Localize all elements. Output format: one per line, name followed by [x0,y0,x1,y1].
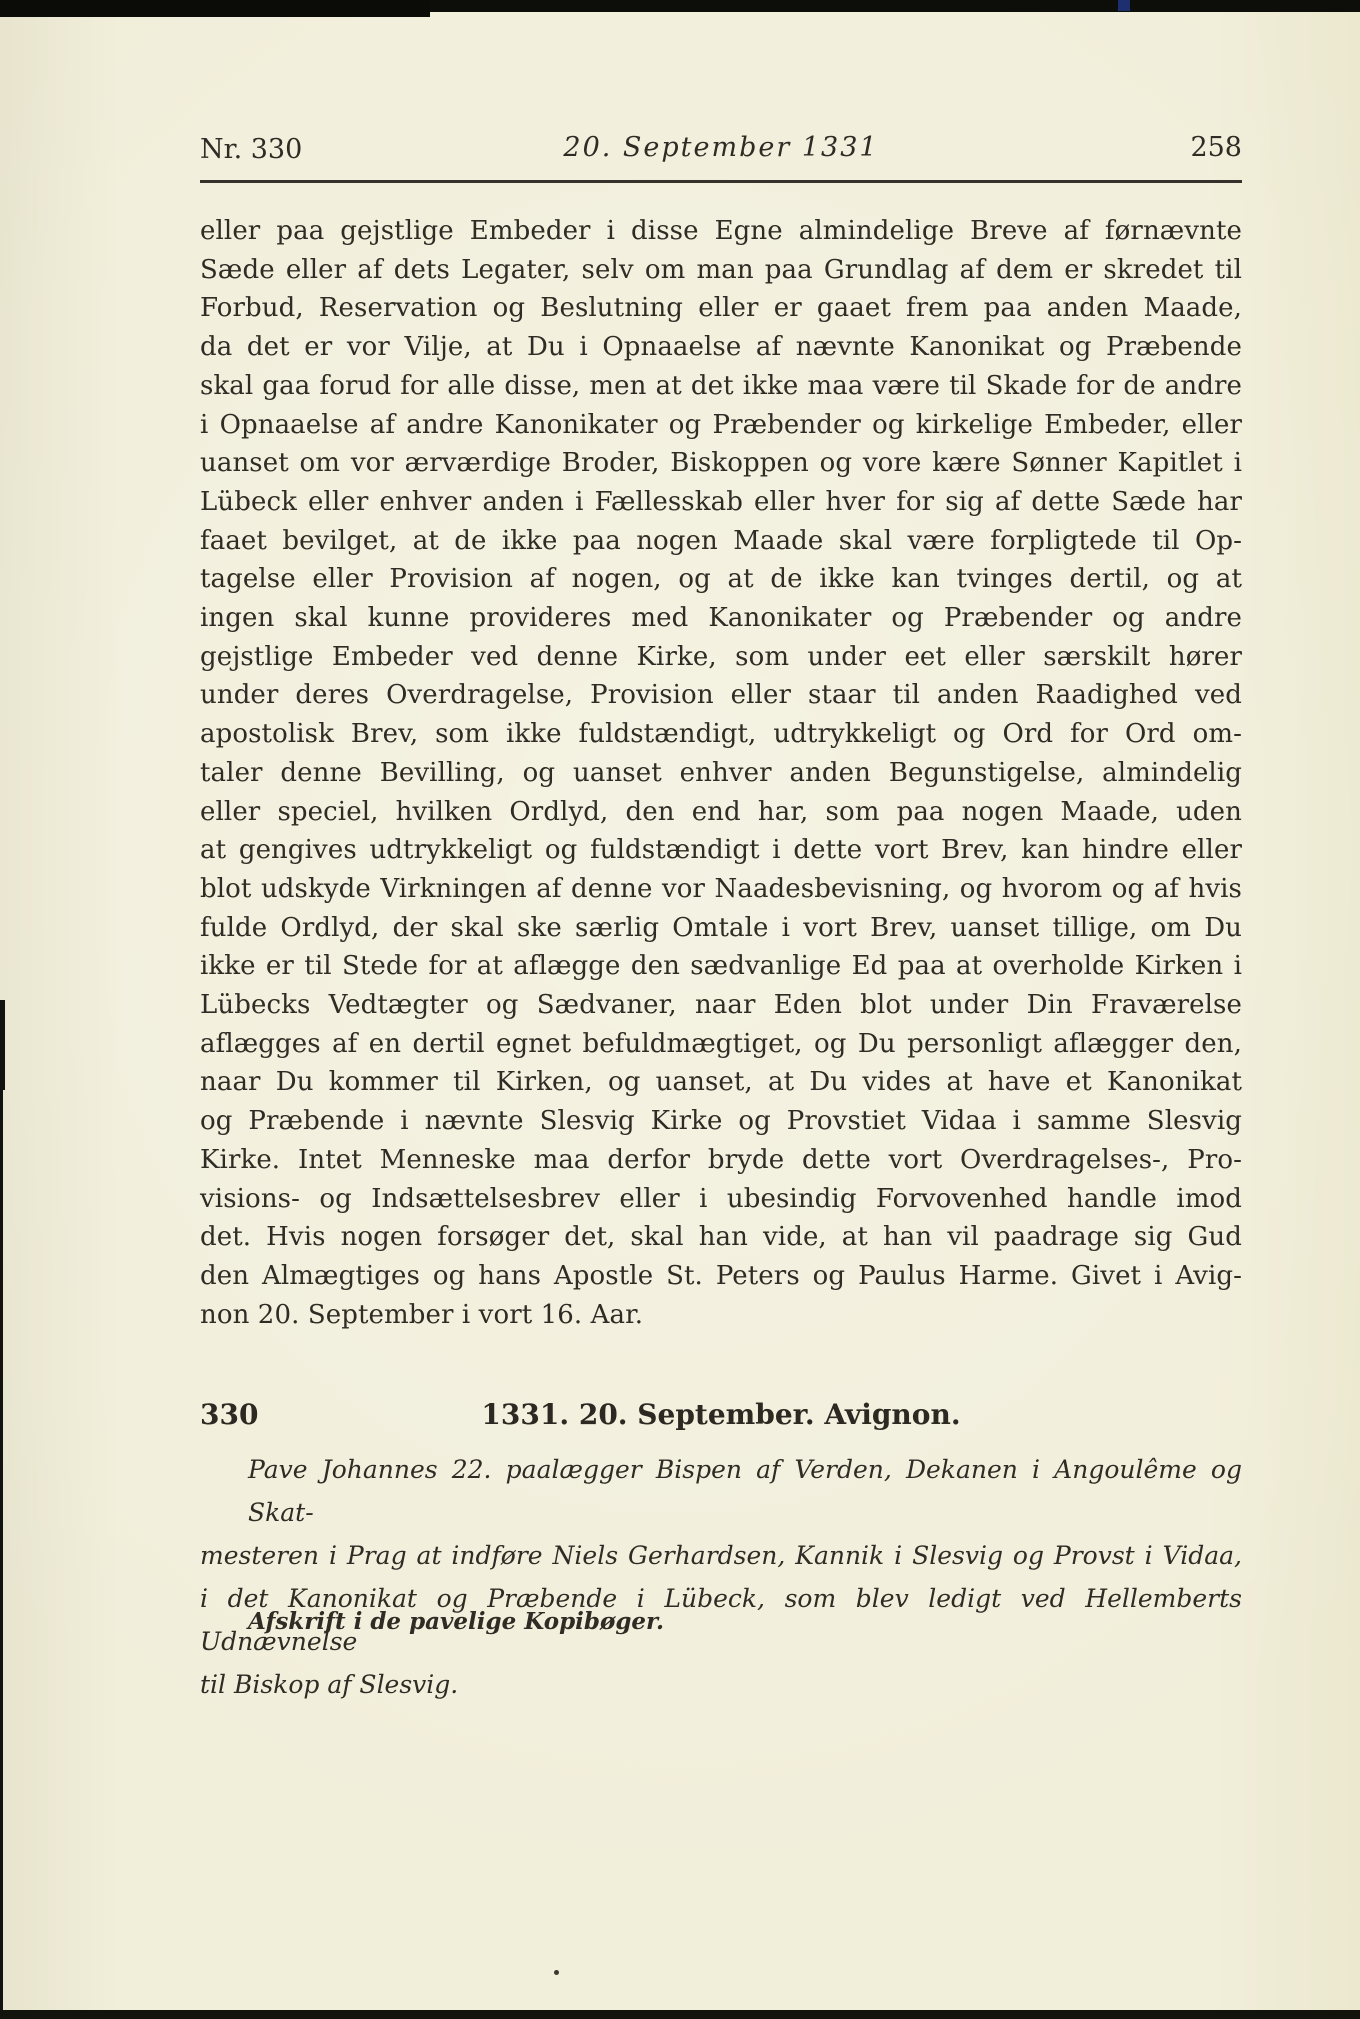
text-line: taler denne Bevilling, og uanset enhver … [200,754,1242,793]
text-line: naar Du kommer til Kirken, og uanset, at… [200,1063,1242,1102]
text-line: uanset om vor ærværdige Broder, Biskoppe… [200,444,1242,483]
text-line: eller paa gejstlige Embeder i disse Egne… [200,212,1242,251]
text-line: da det er vor Vilje, at Du i Opnaaelse a… [200,328,1242,367]
entry-regest: Pave Johannes 22. paalægger Bispen af Ve… [200,1448,1242,1706]
running-head: Nr. 330 20. September 1331 258 [200,132,1242,183]
text-line: Pave Johannes 22. paalægger Bispen af Ve… [200,1448,1242,1534]
document-body-text: eller paa gejstlige Embeder i disse Egne… [200,212,1242,1334]
text-line: Sæde eller af dets Legater, selv om man … [200,251,1242,290]
scanned-book-page: Nr. 330 20. September 1331 258 eller paa… [0,0,1360,2019]
text-line: den Almægtiges og hans Apostle St. Peter… [200,1257,1242,1296]
text-line: i Opnaaelse af andre Kanonikater og Præb… [200,406,1242,445]
text-line: visions- og Indsættelsesbrev eller i ube… [200,1180,1242,1219]
text-line: skal gaa forud for alle disse, men at de… [200,367,1242,406]
scan-edge-left-line-start [0,1000,5,1090]
text-line: og Præbende i nævnte Slesvig Kirke og Pr… [200,1102,1242,1141]
text-line: at gengives udtrykkeligt og fuldstændigt… [200,831,1242,870]
text-line: eller speciel, hvilken Ordlyd, den end h… [200,793,1242,832]
text-line: Forbud, Reservation og Beslutning eller … [200,289,1242,328]
scan-edge-bottom-bar [0,2010,1360,2019]
text-line: mesteren i Prag at indføre Niels Gerhard… [200,1534,1242,1577]
scan-edge-top-bar-left [0,0,430,17]
source-note: Afskrift i de pavelige Kopibøger. [248,1608,664,1635]
scan-blue-mark [1118,0,1130,11]
text-line: under deres Overdragelse, Provision elle… [200,676,1242,715]
text-line: apostolisk Brev, som ikke fuldstændigt, … [200,715,1242,754]
text-line: fulde Ordlyd, der skal ske særlig Omtale… [200,909,1242,948]
text-line: aflægges af en dertil egnet befuldmægtig… [200,1025,1242,1064]
text-line: tagelse eller Provision af nogen, og at … [200,560,1242,599]
text-line: til Biskop af Slesvig. [200,1663,1242,1706]
entry-date-place: 1331. 20. September. Avignon. [200,1398,1242,1431]
scan-edge-left-line [0,1000,3,2019]
text-line: ikke er til Stede for at aflægge den sæd… [200,947,1242,986]
scan-speck [554,1970,559,1975]
text-line: gejstlige Embeder ved denne Kirke, som u… [200,638,1242,677]
text-line: faaet bevilget, at de ikke paa nogen Maa… [200,522,1242,561]
running-head-date: 20. September 1331 [200,132,1242,163]
text-line: Kirke. Intet Menneske maa derfor bryde d… [200,1141,1242,1180]
text-line: det. Hvis nogen forsøger det, skal han v… [200,1218,1242,1257]
page-number: 258 [1190,132,1242,163]
text-line: ingen skal kunne provideres med Kanonika… [200,599,1242,638]
text-line: Lübeck eller enhver anden i Fællesskab e… [200,483,1242,522]
text-line: Lübecks Vedtægter og Sædvaner, naar Eden… [200,986,1242,1025]
text-line: blot udskyde Virkningen af denne vor Naa… [200,870,1242,909]
text-line: non 20. September i vort 16. Aar. [200,1296,1242,1335]
